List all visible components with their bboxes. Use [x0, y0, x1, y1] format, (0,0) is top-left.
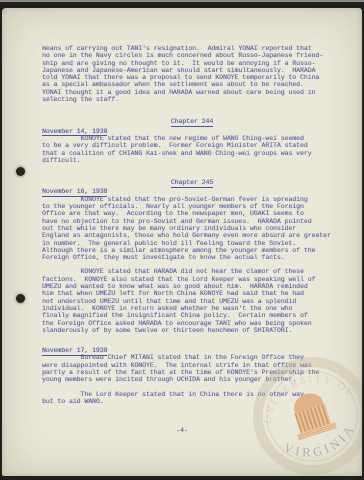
embossed-seal-graphic: UNIVERSITY OF VIRGINIA — [252, 356, 362, 476]
document-line: difficult. — [42, 157, 342, 164]
document-line: ship and are giving no thought to it. It… — [42, 60, 342, 67]
university-seal-stamp: UNIVERSITY OF VIRGINIA — [252, 356, 362, 476]
document-line: him that when UMEZU left for North China… — [42, 290, 342, 297]
document-page: means of carrying out TANI's resignation… — [2, 8, 362, 476]
document-line: Office are that way. According to the ne… — [42, 210, 342, 217]
document-line: finally magnified the insignificant Chin… — [42, 312, 342, 319]
paragraph: means of carrying out TANI's resignation… — [42, 45, 342, 103]
heading-text: Chapter 245 — [171, 179, 213, 188]
scanned-page-background: means of carrying out TANI's resignation… — [0, 0, 364, 480]
document-line: YONAI thought it a good idea and HARADA … — [42, 89, 342, 96]
document-line: that a coalition of CHIANG Kai-shek and … — [42, 150, 342, 157]
paragraph: KONOYE stated that the new regime of WAN… — [42, 135, 342, 164]
document-line: slanderously of by some twelve or thirte… — [42, 327, 342, 334]
date-heading: November 16, 1938 — [42, 188, 342, 195]
chapter-heading: Chapter 244 — [42, 118, 342, 125]
document-line: to be a very difficult problem. Former F… — [42, 142, 342, 149]
paragraph: KONOYE stated that the pro-Soviet-German… — [42, 196, 342, 262]
binder-hole-top — [16, 167, 25, 176]
document-line: no one in the Navy circles is much conce… — [42, 52, 342, 59]
rotunda-icon — [286, 388, 337, 440]
document-line: Foreign Office, they must investigate to… — [42, 254, 342, 261]
heading-text: Chapter 244 — [171, 118, 213, 127]
paragraph: KONOYE stated that HARADA did not hear t… — [42, 268, 342, 334]
document-line: factions. KONOYE also stated that the Lo… — [42, 276, 342, 283]
document-line: selecting the staff. — [42, 96, 342, 103]
document-line: as a special ambassador when the settlem… — [42, 81, 342, 88]
document-line: in number. The general public hold ill f… — [42, 240, 342, 247]
document-line: have no objection to the pro-Soviet and … — [42, 218, 342, 225]
document-line: KONOYE stated that the pro-Soviet-German… — [42, 196, 342, 203]
chapter-heading: Chapter 245 — [42, 179, 342, 186]
binder-hole-bottom — [16, 294, 25, 303]
document-line: KONOYE stated that HARADA did not hear t… — [42, 268, 342, 275]
document-line: the Foreign Office asked HARADA to encou… — [42, 320, 342, 327]
document-line: England as antagonists, those who hold G… — [42, 232, 342, 239]
document-text: means of carrying out TANI's resignation… — [42, 45, 342, 405]
date-heading: November 14, 1938 — [42, 128, 342, 135]
document-line: not understood UMEZU until that time and… — [42, 298, 342, 305]
